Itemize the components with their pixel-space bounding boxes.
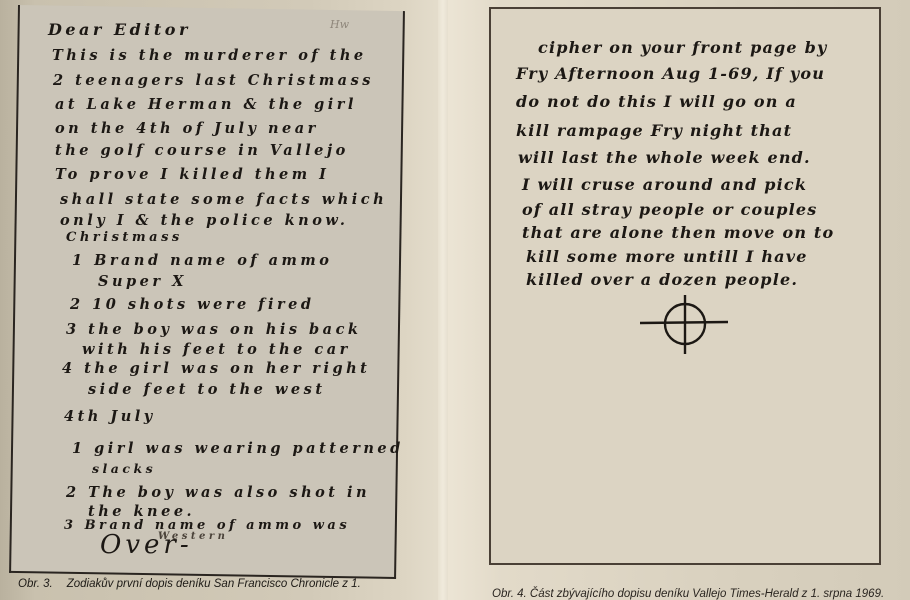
letter-line: will last the whole week end. [518,148,811,167]
letter-line: shall state some facts which [60,191,387,208]
letter-line: slacks [92,461,156,476]
letter-line: on the 4th of July near [55,120,319,137]
letter-line: the golf course in Vallejo [55,142,349,159]
letter-line: 2 10 shots were fired [70,296,315,313]
letter-line: 1 Brand name of ammo [72,252,332,269]
letter-line: of all stray people or couples [522,200,818,219]
faint-scribble: Hw [330,18,349,31]
caption-text: Obr. 4. Část zbývajícího dopisu deníku V… [492,588,884,600]
left-caption: Obr. 3.Zodiakův první dopis deníku San F… [18,578,361,590]
letter-line: side feet to the west [88,381,326,398]
book-gutter [438,0,448,600]
letter-line: Christmass [66,230,183,245]
letter-line: 4th July [64,408,156,425]
letter-line: at Lake Herman & the girl [55,96,357,113]
letter-line: This is the murderer of the [52,47,367,64]
letter-line: 3 the boy was on his back [66,321,361,338]
letter-line-over: Over- [100,530,193,560]
letter-line: 2 The boy was also shot in [66,484,370,501]
letter-line: kill rampage Fry night that [516,121,792,140]
letter-line: killed over a dozen people. [526,270,798,289]
caption-figure-number: Obr. 3. [18,578,53,590]
letter-line: with his feet to the car [82,341,351,358]
caption-text: Zodiakův první dopis deníku San Francisc… [67,578,361,590]
letter-line: To prove I killed them I [55,166,329,183]
letter-line: Fry Afternoon Aug 1-69, If you [516,64,825,83]
letter-line: 1 girl was wearing patterned [72,440,404,457]
book-spread: Dear Editor This is the murderer of the … [0,0,910,600]
letter-line: I will cruse around and pick [522,175,807,194]
right-caption: Obr. 4. Část zbývajícího dopisu deníku V… [492,588,884,600]
crosshair-circle-symbol-icon [640,293,728,355]
letter-line: that are alone then move on to [522,223,834,242]
letter-line: only I & the police know. [60,212,348,229]
letter-line: 2 teenagers last Christmass [53,72,374,89]
letter-line: kill some more untill I have [526,247,808,266]
letter-line: cipher on your front page by [538,38,827,57]
letter-line: Dear Editor [48,20,191,39]
letter-line: do not do this I will go on a [516,92,797,111]
letter-line: 4 the girl was on her right [62,360,370,377]
letter-line: Super X [98,273,187,290]
